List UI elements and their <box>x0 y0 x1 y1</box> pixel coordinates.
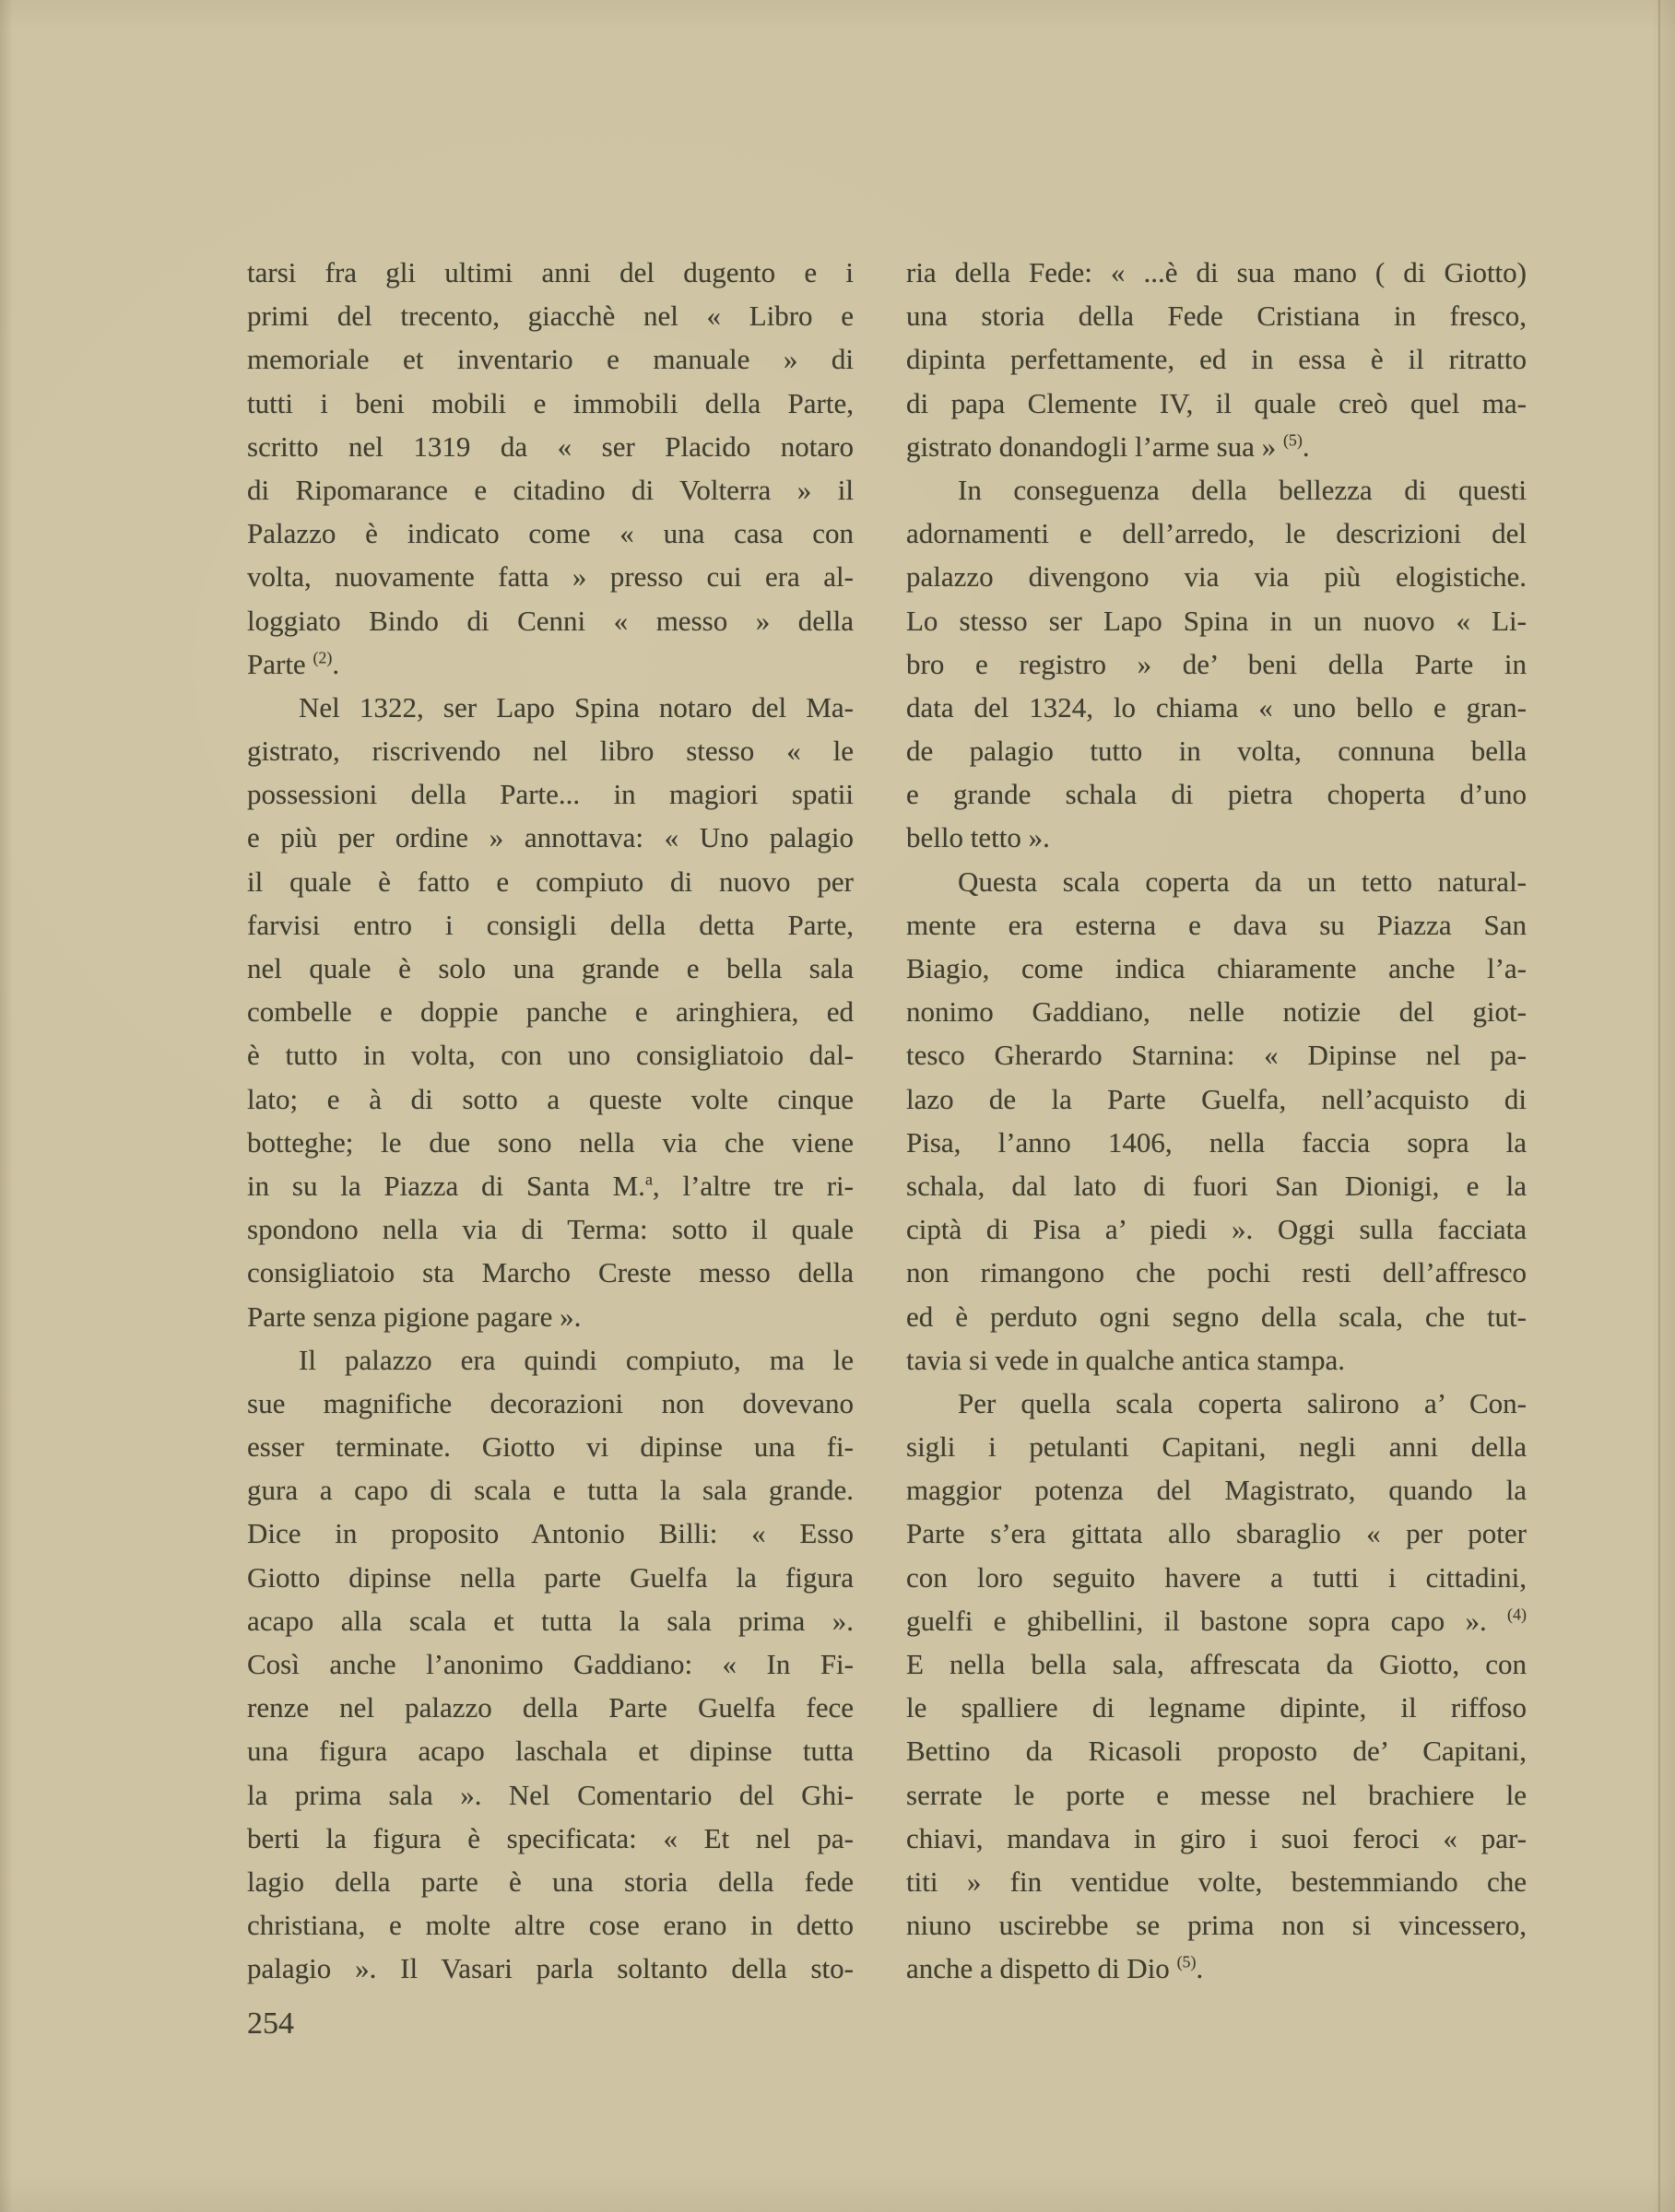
text-line: una figura acapo laschala et dipinse tut… <box>247 1729 854 1772</box>
text-line: in su la Piazza di Santa M.a, l’altre tr… <box>247 1164 854 1207</box>
text-line: In conseguenza della bellezza di questi <box>906 468 1527 512</box>
text-line: di papa Clemente IV, il quale creò quel … <box>906 382 1527 425</box>
text-line: titi » fin ventidue volte, bestemmiando … <box>906 1860 1527 1903</box>
text-line: consigliatoio sta Marcho Creste messo de… <box>247 1251 854 1294</box>
text-line: le spalliere di legname dipinte, il riff… <box>906 1686 1527 1729</box>
right-text-column: ria della Fede: « ...è di sua mano ( di … <box>906 251 1527 1991</box>
text-line: gistrato, riscrivendo nel libro stesso «… <box>247 729 854 772</box>
text-line: spondono nella via di Terma: sotto il qu… <box>247 1207 854 1251</box>
text-line: memoriale et inventario e manuale » di <box>247 337 854 381</box>
text-line: lazo de la Parte Guelfa, nell’acquisto d… <box>906 1077 1527 1121</box>
text-line: il quale è fatto e compiuto di nuovo per <box>247 860 854 903</box>
text-line: primi del trecento, giacchè nel « Libro … <box>247 294 854 337</box>
footnote-marker: (5) <box>1283 430 1303 449</box>
text-line: botteghe; le due sono nella via che vien… <box>247 1121 854 1164</box>
text-line: Lo stesso ser Lapo Spina in un nuovo « L… <box>906 599 1527 642</box>
text-line: Parte (2). <box>247 642 854 686</box>
text-line: combelle e doppie panche e aringhiera, e… <box>247 990 854 1033</box>
text-line: Questa scala coperta da un tetto natural… <box>906 860 1527 903</box>
text-line: Parte senza pigione pagare ». <box>247 1295 854 1338</box>
text-line: niuno uscirebbe se prima non si vincesse… <box>906 1903 1527 1947</box>
text-line: la prima sala ». Nel Comentario del Ghi- <box>247 1773 854 1817</box>
text-line: lato; e à di sotto a queste volte cinque <box>247 1077 854 1121</box>
text-line: mente era esterna e dava su Piazza San <box>906 903 1527 947</box>
footnote-marker: (5) <box>1177 1953 1197 1971</box>
text-line: Biagio, come indica chiaramente anche l’… <box>906 947 1527 990</box>
text-line: lagio della parte è una storia della fed… <box>247 1860 854 1903</box>
text-line: christiana, e molte altre cose erano in … <box>247 1903 854 1947</box>
text-line: Dice in proposito Antonio Billi: « Esso <box>247 1512 854 1555</box>
text-line: Il palazzo era quindi compiuto, ma le <box>247 1338 854 1382</box>
text-line: tesco Gherardo Starnina: « Dipinse nel p… <box>906 1033 1527 1077</box>
text-line: gistrato donandogli l’arme sua » (5). <box>906 425 1527 468</box>
text-line: ed è perduto ogni segno della scala, che… <box>906 1295 1527 1338</box>
text-line: sigli i petulanti Capitani, negli anni d… <box>906 1425 1527 1468</box>
text-line: di Ripomarance e citadino di Volterra » … <box>247 468 854 512</box>
text-line: tavia si vede in qualche antica stampa. <box>906 1338 1527 1382</box>
text-line: renze nel palazzo della Parte Guelfa fec… <box>247 1686 854 1729</box>
text-line: berti la figura è specificata: « Et nel … <box>247 1817 854 1860</box>
text-line: acapo alla scala et tutta la sala prima … <box>247 1599 854 1642</box>
text-line: tutti i beni mobili e immobili della Par… <box>247 382 854 425</box>
text-line: e più per ordine » annottava: « Uno pala… <box>247 816 854 859</box>
text-line: con loro seguito havere a tutti i cittad… <box>906 1556 1527 1599</box>
text-line: guelfi e ghibellini, il bastone sopra ca… <box>906 1599 1527 1642</box>
text-line: bello tetto ». <box>906 816 1527 859</box>
text-line: loggiato Bindo di Cenni « messo » della <box>247 599 854 642</box>
text-line: tarsi fra gli ultimi anni del dugento e … <box>247 251 854 294</box>
text-line: farvisi entro i consigli della detta Par… <box>247 903 854 947</box>
text-line: gura a capo di scala e tutta la sala gra… <box>247 1468 854 1512</box>
footnote-marker: (4) <box>1507 1605 1527 1623</box>
scanned-book-page: { "page": { "number": "254", "language":… <box>0 0 1675 2212</box>
text-line: Nel 1322, ser Lapo Spina notaro del Ma- <box>247 686 854 729</box>
footnote-marker: (2) <box>313 648 332 666</box>
text-line: dipinta perfettamente, ed in essa è il r… <box>906 337 1527 381</box>
text-line: sue magnifiche decorazioni non dovevano <box>247 1382 854 1425</box>
text-line: palazzo divengono via via più elogistich… <box>906 555 1527 598</box>
text-line: adornamenti e dell’arredo, le descrizion… <box>906 512 1527 555</box>
text-line: Parte s’era gittata allo sbaraglio « per… <box>906 1512 1527 1555</box>
text-line: e grande schala di pietra choperta d’uno <box>906 772 1527 816</box>
text-line: ciptà di Pisa a’ piedi ». Oggi sulla fac… <box>906 1207 1527 1251</box>
text-line: possessioni della Parte... in magiori sp… <box>247 772 854 816</box>
footnote-marker: a <box>645 1171 653 1189</box>
text-line: scritto nel 1319 da « ser Placido notaro <box>247 425 854 468</box>
left-text-column: tarsi fra gli ultimi anni del dugento e … <box>247 251 854 1991</box>
text-line: esser terminate. Giotto vi dipinse una f… <box>247 1425 854 1468</box>
page-edge-shadow <box>1658 0 1660 2212</box>
text-line: Bettino da Ricasoli proposto de’ Capitan… <box>906 1729 1527 1772</box>
text-line: nonimo Gaddiano, nelle notizie del giot- <box>906 990 1527 1033</box>
text-line: ria della Fede: « ...è di sua mano ( di … <box>906 251 1527 294</box>
text-line: de palagio tutto in volta, connuna bella <box>906 729 1527 772</box>
text-line: Così anche l’anonimo Gaddiano: « In Fi- <box>247 1642 854 1686</box>
text-line: palagio ». Il Vasari parla soltanto dell… <box>247 1947 854 1990</box>
text-line: serrate le porte e messe nel brachiere l… <box>906 1773 1527 1817</box>
text-line: anche a dispetto di Dio (5). <box>906 1947 1527 1990</box>
text-line: data del 1324, lo chiama « uno bello e g… <box>906 686 1527 729</box>
text-line: bro e registro » de’ beni della Parte in <box>906 642 1527 686</box>
text-line: è tutto in volta, con uno consigliatoio … <box>247 1033 854 1077</box>
text-line: chiavi, mandava in giro i suoi feroci « … <box>906 1817 1527 1860</box>
text-line: Palazzo è indicato come « una casa con <box>247 512 854 555</box>
text-line: una storia della Fede Cristiana in fresc… <box>906 294 1527 337</box>
text-line: Per quella scala coperta salirono a’ Con… <box>906 1382 1527 1425</box>
text-line: non rimangono che pochi resti dell’affre… <box>906 1251 1527 1294</box>
page-number: 254 <box>247 2006 294 2042</box>
text-line: Giotto dipinse nella parte Guelfa la fig… <box>247 1556 854 1599</box>
text-line: maggior potenza del Magistrato, quando l… <box>906 1468 1527 1512</box>
text-line: E nella bella sala, affrescata da Giotto… <box>906 1642 1527 1686</box>
text-line: nel quale è solo una grande e bella sala <box>247 947 854 990</box>
text-line: schala, dal lato di fuori San Dionigi, e… <box>906 1164 1527 1207</box>
text-line: volta, nuovamente fatta » presso cui era… <box>247 555 854 598</box>
text-line: Pisa, l’anno 1406, nella faccia sopra la <box>906 1121 1527 1164</box>
